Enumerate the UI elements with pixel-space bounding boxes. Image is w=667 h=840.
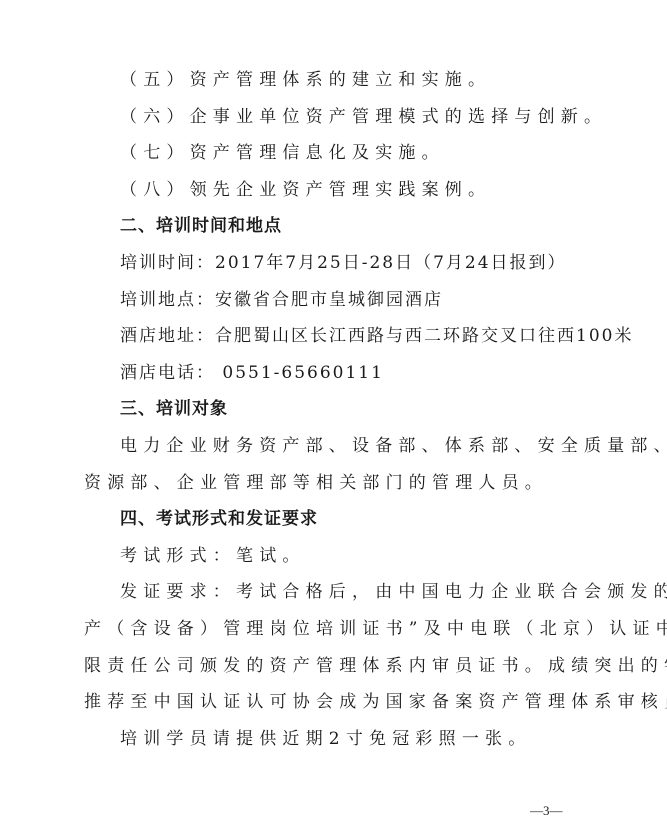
hotel-address: 酒店地址：合肥蜀山区长江西路与西二环路交叉口往西100米 xyxy=(84,318,594,355)
list-item-8: （八）领先企业资产管理实践案例。 xyxy=(84,172,594,209)
list-item-7: （七）资产管理信息化及实施。 xyxy=(84,135,594,172)
hotel-phone: 酒店电话： 0551-65660111 xyxy=(84,355,594,392)
section-heading-time-location: 二、培训时间和地点 xyxy=(84,208,594,245)
training-location: 培训地点：安徽省合肥市皇城御园酒店 xyxy=(84,282,594,319)
cert-line-3: 限责任公司颁发的资产管理体系内审员证书。成绩突出的学员将 xyxy=(84,648,594,685)
cert-line-2: 产（含设备）管理岗位培训证书”及中电联（北京）认证中心有 xyxy=(84,611,594,648)
photo-note: 培训学员请提供近期2寸免冠彩照一张。 xyxy=(84,721,594,758)
section-heading-audience: 三、培训对象 xyxy=(84,391,594,428)
cert-line-1: 发证要求：考试合格后，由中国电力企业联合会颁发的“资 xyxy=(84,574,594,611)
training-time: 培训时间：2017年7月25日-28日（7月24日报到） xyxy=(84,245,594,282)
document-page: （五）资产管理体系的建立和实施。 （六）企事业单位资产管理模式的选择与创新。 （… xyxy=(84,62,594,757)
list-item-6: （六）企事业单位资产管理模式的选择与创新。 xyxy=(84,99,594,136)
exam-form: 考试形式：笔试。 xyxy=(84,538,594,575)
cert-line-4: 推荐至中国认证认可协会成为国家备案资产管理体系审核员。 xyxy=(84,684,594,721)
audience-line-1: 电力企业财务资产部、设备部、体系部、安全质量部、人力 xyxy=(84,428,594,465)
page-number: —3— xyxy=(530,803,563,819)
list-item-5: （五）资产管理体系的建立和实施。 xyxy=(84,62,594,99)
section-heading-exam: 四、考试形式和发证要求 xyxy=(84,501,594,538)
audience-line-2: 资源部、企业管理部等相关部门的管理人员。 xyxy=(84,465,594,502)
